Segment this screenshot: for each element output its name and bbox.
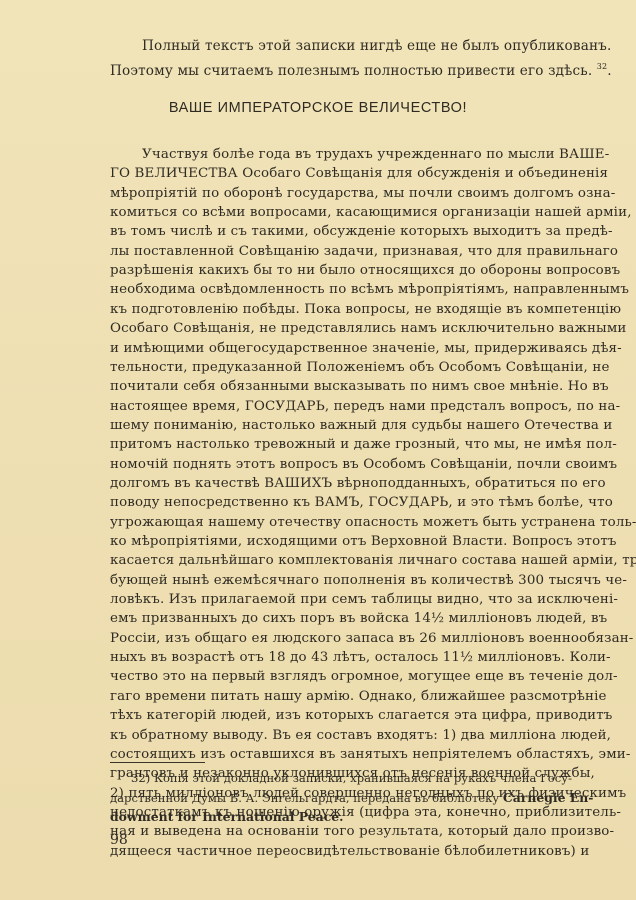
footnote-reference[interactable]: 32 [597, 62, 607, 71]
body-line: комиться со всѣми вопросами, касающимися… [110, 203, 572, 222]
body-line: въ томъ числѣ и съ такими, обсужденіе ко… [110, 222, 572, 241]
body-line: притомъ настолько тревожный и даже грозн… [110, 435, 572, 454]
body-line: гаго времени питать нашу армію. Однако, … [110, 687, 572, 706]
body-line: Особаго Совѣщанія, не представлялись нам… [110, 319, 572, 338]
body-line: лы поставленной Совѣщанію задачи, призна… [110, 242, 572, 261]
body-line: угрожающая нашему отечеству опасность мо… [110, 513, 572, 532]
body-line: къ обратному выводу. Въ ея составъ входя… [110, 726, 572, 745]
intro-line-2: Поэтому мы считаемъ полезнымъ полностью … [110, 57, 572, 81]
body-line: состоящихъ изъ оставшихся въ занятыхъ не… [110, 745, 572, 764]
body-line: дящееся частичное переосвидѣтельствовані… [110, 842, 572, 861]
footnote-line-3: dowment for International Peace. [110, 807, 572, 827]
body-line: ко мѣропріятіями, исходящими отъ Верховн… [110, 532, 572, 551]
body-line: ГО ВЕЛИЧЕСТВА Особаго Совѣщанія для обсу… [110, 164, 572, 183]
footnote-divider [110, 762, 205, 763]
body-line: тельности, предуказанной Положеніемъ объ… [110, 358, 572, 377]
letter-salutation-heading: ВАШЕ ИМПЕРАТОРСКОЕ ВЕЛИЧЕСТВО! [0, 100, 636, 116]
body-line: ныхъ въ возрастѣ отъ 18 до 43 лѣтъ, оста… [110, 648, 572, 667]
body-line: почитали себя обязанными высказывать по … [110, 377, 572, 396]
carnegie-name: Carnegie En- [503, 790, 593, 805]
body-line: необходима освѣдомленность по всѣмъ мѣро… [110, 280, 572, 299]
page-number: 98 [110, 832, 128, 848]
footnote-line-2: дарственной Думы Б. А. Энгельгардта, пер… [110, 788, 572, 808]
body-line: шему пониманію, настолько важный для суд… [110, 416, 572, 435]
body-line: настоящее время, ГОСУДАРЬ, передъ нами п… [110, 397, 572, 416]
body-line: бующей нынѣ ежемѣсячнаго пополненія въ к… [110, 571, 572, 590]
document-page: Полный текстъ этой записки нигдѣ еще не … [0, 0, 636, 900]
body-line: чество это на первый взглядъ огромное, м… [110, 667, 572, 686]
body-line: долгомъ въ качествѣ ВАШИХЪ вѣрноподданны… [110, 474, 572, 493]
body-line: разрѣшенія какихъ бы то ни было относящи… [110, 261, 572, 280]
body-line: емъ призванныхъ до сихъ поръ въ войска 1… [110, 609, 572, 628]
body-line: мѣропріятій по оборонѣ государства, мы п… [110, 184, 572, 203]
footnote-line: 32) Копія этой докладной записки, хранив… [131, 769, 572, 788]
body-line: касается дальнѣйшаго комплектованія личн… [110, 551, 572, 570]
body-line: ловѣкъ. Изъ прилагаемой при семъ таблицы… [110, 590, 572, 609]
body-line: и имѣющими общегосударственное значеніе,… [110, 339, 572, 358]
body-line: къ подготовленію побѣды. Пока вопросы, н… [110, 300, 572, 319]
intro-line: Полный текстъ этой записки нигдѣ еще не … [142, 37, 572, 56]
body-line: поводу непосредственно къ ВАМЪ, ГОСУДАРЬ… [110, 493, 572, 512]
body-line: тѣхъ категорій людей, изъ которыхъ слага… [110, 706, 572, 725]
body-line: номочій поднять этотъ вопросъ въ Особомъ… [110, 455, 572, 474]
body-line: Участвуя болѣе года въ трудахъ учрежденн… [142, 145, 572, 164]
body-line: Россіи, изъ общаго ея людского запаса въ… [110, 629, 572, 648]
